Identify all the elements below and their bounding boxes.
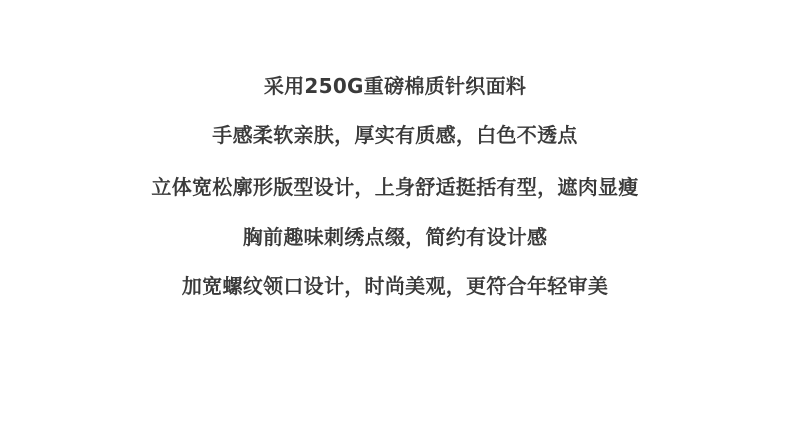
product-feature-list: 采用250G重磅棉质针织面料 手感柔软亲肤，厚实有质感，白色不透点 立体宽松廓形… <box>0 0 790 436</box>
feature-line-collar: 加宽螺纹领口设计，时尚美观，更符合年轻审美 <box>0 272 790 300</box>
feature-line-fabric: 采用250G重磅棉质针织面料 <box>0 72 790 100</box>
feature-line-texture: 手感柔软亲肤，厚实有质感，白色不透点 <box>0 121 790 149</box>
feature-line-embroidery: 胸前趣味刺绣点缀，简约有设计感 <box>0 223 790 251</box>
feature-line-fit: 立体宽松廓形版型设计，上身舒适挺括有型，遮肉显瘦 <box>0 173 790 201</box>
